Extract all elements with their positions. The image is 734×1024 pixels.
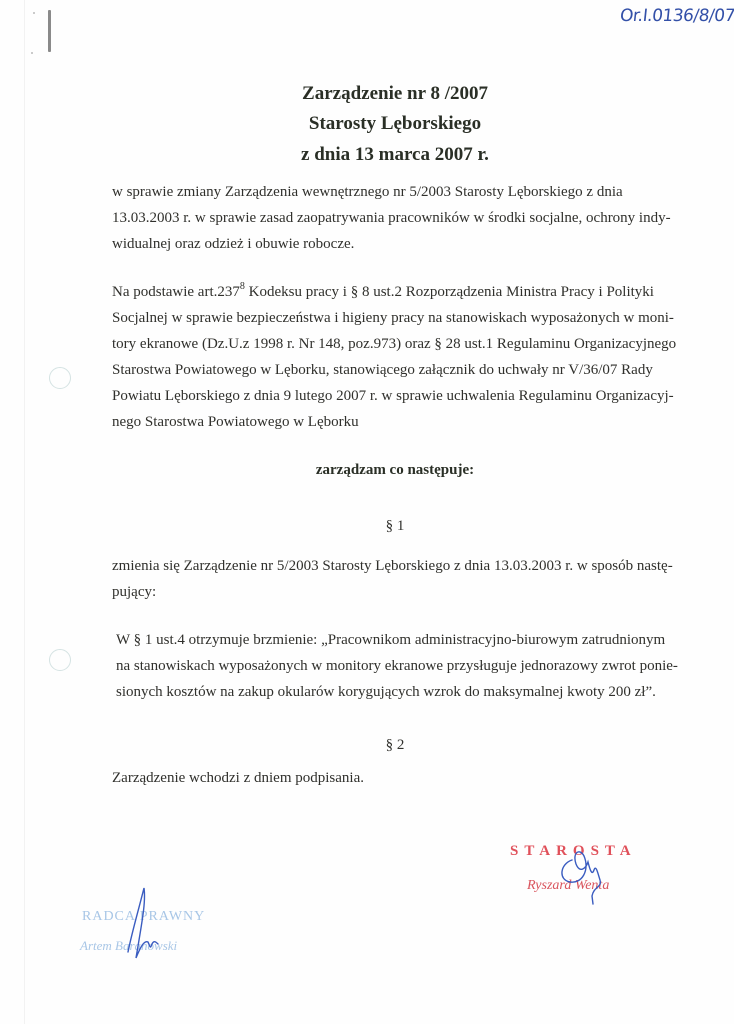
legal-basis-line: Socjalnej w sprawie bezpieczeństwa i hig…: [112, 305, 672, 331]
legal-advisor-signature-icon: [120, 882, 180, 962]
amendment-line: pujący:: [112, 579, 672, 605]
scanned-document-page: Or.I.0136/8/07 Zarządzenie nr 8 /2007 St…: [0, 0, 734, 1024]
document-date: z dnia 13 marca 2007 r.: [0, 144, 734, 166]
document-issuer: Starosty Lęborskiego: [0, 113, 734, 135]
subject-paragraph: w sprawie zmiany Zarządzenia wewnętrzneg…: [112, 179, 672, 257]
legal-basis-line: tory ekranowe (Dz.U.z 1998 r. Nr 148, po…: [112, 331, 672, 357]
subject-line: w sprawie zmiany Zarządzenia wewnętrzneg…: [112, 179, 672, 205]
legal-basis-prefix: Na podstawie art.237: [112, 284, 240, 300]
section-2-mark: § 2: [0, 737, 734, 754]
quoted-provision-line: sionych kosztów na zakup okularów korygu…: [116, 679, 676, 705]
amendment-paragraph: zmienia się Zarządzenie nr 5/2003 Staros…: [112, 553, 672, 605]
legal-basis-line: Powiatu Lęborskiego z dnia 9 lutego 2007…: [112, 383, 672, 409]
legal-basis-suffix: Kodeksu pracy i § 8 ust.2 Rozporządzenia…: [245, 284, 654, 300]
punch-hole-mark: [49, 367, 71, 389]
starosta-signature-icon: [550, 830, 630, 910]
legal-basis-paragraph: Na podstawie art.2378 Kodeksu pracy i § …: [112, 279, 672, 435]
legal-basis-line: nego Starostwa Powiatowego w Lęborku: [112, 409, 672, 435]
subject-line: 13.03.2003 r. w sprawie zasad zaopatrywa…: [112, 205, 672, 231]
scan-speck: [31, 52, 33, 54]
punch-hole-mark: [49, 649, 71, 671]
quoted-provision-paragraph: W § 1 ust.4 otrzymuje brzmienie: „Pracow…: [116, 627, 676, 705]
amendment-line: zmienia się Zarządzenie nr 5/2003 Staros…: [112, 553, 672, 579]
decree-phrase: zarządzam co następuje:: [0, 462, 734, 479]
scan-speck: [33, 12, 35, 14]
binder-clip-mark: [48, 10, 51, 52]
quoted-provision-line: W § 1 ust.4 otrzymuje brzmienie: „Pracow…: [116, 627, 676, 653]
handwritten-file-reference: Or.I.0136/8/07: [619, 6, 734, 26]
effective-date-paragraph: Zarządzenie wchodzi z dniem podpisania.: [112, 765, 672, 791]
legal-basis-line: Starostwa Powiatowego w Lęborku, stanowi…: [112, 357, 672, 383]
subject-line: widualnej oraz odzież i obuwie robocze.: [112, 231, 672, 257]
document-title: Zarządzenie nr 8 /2007: [0, 83, 734, 105]
legal-basis-line: Na podstawie art.2378 Kodeksu pracy i § …: [112, 279, 672, 305]
quoted-provision-line: na stanowiskach wyposażonych w monitory …: [116, 653, 676, 679]
article-superscript: 8: [240, 281, 245, 292]
section-1-mark: § 1: [0, 518, 734, 535]
